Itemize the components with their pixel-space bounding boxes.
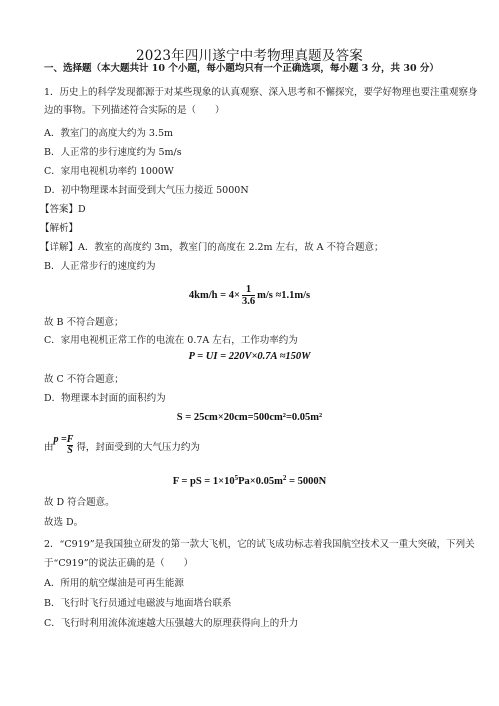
formula-speed-right: m/s ≈1.1m/s bbox=[257, 290, 310, 301]
formula-power: P = UI = 220V×0.7A ≈150W bbox=[0, 351, 499, 362]
pressure-definition-line: 由p =FS 得，封面受到的大气压力约为 bbox=[44, 433, 200, 456]
q1-analysis-label: 【解析】 bbox=[40, 222, 78, 236]
q1-detail-c-conclusion: 故 C 不符合题意； bbox=[44, 373, 124, 387]
q2-stem-line2: 于“C919”的说法正确的是（ ） bbox=[44, 557, 193, 571]
document-page: 2023年四川遂宁中考物理真题及答案 一、选择题（本大题共计 10 个小题，每小… bbox=[0, 0, 499, 706]
q1-final-answer: 故选 D。 bbox=[44, 516, 83, 530]
q1-stem-line1: 1．历史上的科学发现都源于对某些现象的认真观察、深入思考和不懈探究，要学好物理也… bbox=[44, 86, 478, 100]
q2-option-b: B．飞行时飞行员通过电磁波与地面塔台联系 bbox=[44, 597, 231, 611]
q1-detail-b-intro: B．人正常步行的速度约为 bbox=[44, 260, 155, 274]
q2-stem-line1: 2．“C919”是我国独立研发的第一款大飞机，它的试飞成功标志着我国航空技术又一… bbox=[44, 538, 475, 552]
q1-option-b: B．人正常的步行速度约为 5m/s bbox=[44, 146, 182, 160]
q1-stem-line2: 边的事物。下列描述符合实际的是（ ） bbox=[44, 104, 225, 118]
q1-detail-d-intro: D．物理课本封面的面积约为 bbox=[44, 392, 166, 406]
q2-option-a: A．所用的航空煤油是可再生能源 bbox=[44, 577, 184, 591]
pressure-fraction: FS bbox=[67, 435, 74, 456]
pressure-symbol: p = bbox=[54, 434, 67, 445]
q1-detail-c-intro: C．家用电视机正常工作的电流在 0.7A 左右，工作功率约为 bbox=[44, 334, 298, 348]
q1-answer: 【答案】D bbox=[40, 203, 86, 217]
formula-speed: 4km/h = 4×13.6m/s ≈1.1m/s bbox=[0, 284, 499, 307]
q2-option-c: C．飞行时利用流体流速越大压强越大的原理获得向上的升力 bbox=[44, 617, 298, 631]
formula-speed-fraction: 13.6 bbox=[242, 284, 255, 307]
formula-area: S = 25cm×20cm=500cm²=0.05m² bbox=[0, 412, 499, 423]
formula-force: F = pS = 1×105Pa×0.05m2 = 5000N bbox=[0, 476, 499, 487]
q1-option-c: C．家用电视机功率约 1000W bbox=[44, 165, 174, 179]
q1-detail-d-conclusion: 故 D 符合题意。 bbox=[44, 496, 115, 510]
q1-detail-a: 【详解】A．教室的高度约 3m，教室门的高度在 2.2m 左右，故 A 不符合题… bbox=[40, 241, 384, 255]
q1-detail-b-conclusion: 故 B 不符合题意； bbox=[44, 316, 124, 330]
q1-option-a: A．教室门的高度大约为 3.5m bbox=[44, 127, 173, 141]
document-title: 2023年四川遂宁中考物理真题及答案 bbox=[0, 44, 499, 64]
section-heading: 一、选择题（本大题共计 10 个小题，每小题均只有一个正确选项，每小题 3 分，… bbox=[44, 62, 439, 76]
q1-option-d: D．初中物理课本封面受到大气压力接近 5000N bbox=[44, 184, 249, 198]
formula-speed-left: 4km/h = 4× bbox=[189, 290, 240, 301]
